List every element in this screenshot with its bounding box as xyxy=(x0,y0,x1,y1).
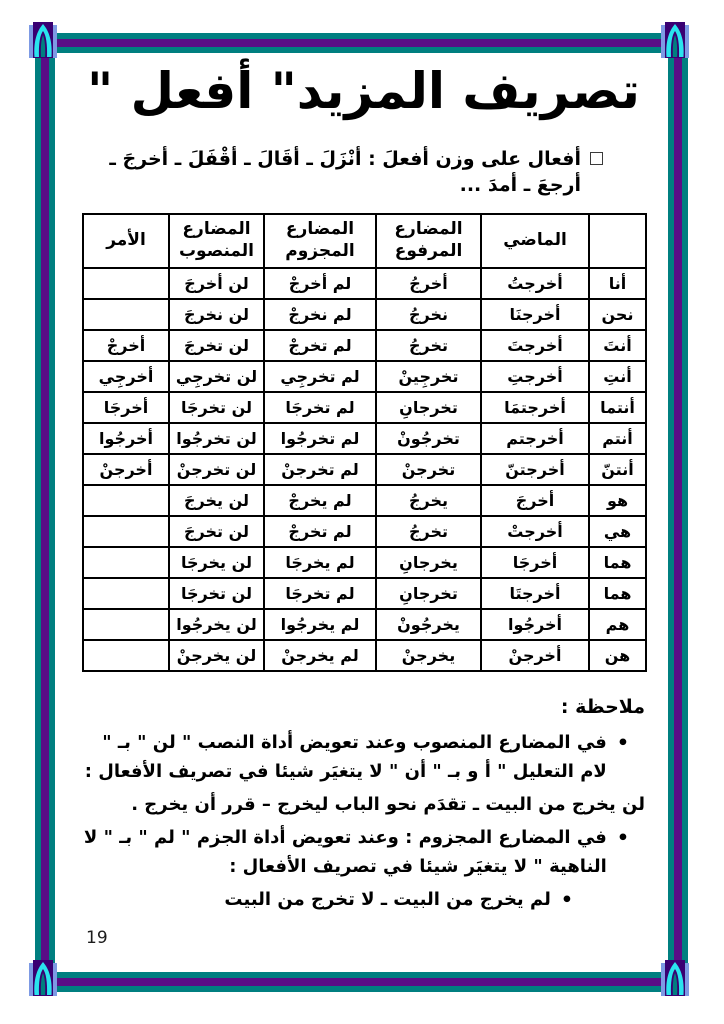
table-row: أنتما أخرجتمَا تخرجانِ لم تخرجَا لن تخرج… xyxy=(83,392,646,423)
table-row: هم أخرجُوا يخرجُونْ لم يخرجُوا لن يخرجُو… xyxy=(83,609,646,640)
note-text: لم يخرج من البيت ـ لا تخرج من البيت xyxy=(224,885,550,914)
cell-pronoun: هما xyxy=(589,578,646,609)
cell-subjunctive: لن نخرجَ xyxy=(169,299,264,330)
page-content: تصريف المزيد" أفعل " أفعال على وزن أفعلَ… xyxy=(82,58,645,920)
cell-pronoun: هو xyxy=(589,485,646,516)
note-text: في المضارع المجزوم : وعند تعويض أداة الج… xyxy=(82,823,607,881)
cell-pronoun: أنتما xyxy=(589,392,646,423)
note-item: • لن يخرج من البيت ـ تقدَم نحو الباب ليخ… xyxy=(82,790,645,819)
cell-pronoun: هم xyxy=(589,609,646,640)
cell-imperative xyxy=(83,299,169,330)
frame-border-top xyxy=(35,33,688,53)
column-header-pronoun xyxy=(589,214,646,268)
cell-imperative xyxy=(83,268,169,299)
cell-subjunctive: لن يخرجنْ xyxy=(169,640,264,671)
cell-imperative: أخرجنْ xyxy=(83,454,169,485)
column-header-imperative: الأمر xyxy=(83,214,169,268)
cell-pronoun: نحن xyxy=(589,299,646,330)
bullet-dot-icon: • xyxy=(617,823,629,854)
column-header-subjunctive: المضارع المنصوب xyxy=(169,214,264,268)
cell-pronoun: هن xyxy=(589,640,646,671)
cell-imperative xyxy=(83,516,169,547)
cell-subjunctive: لن تخرجِي xyxy=(169,361,264,392)
cell-subjunctive: لن يخرجَا xyxy=(169,547,264,578)
cell-imperative: أخرجُوا xyxy=(83,423,169,454)
cell-jussive: لم تخرجَا xyxy=(264,392,376,423)
cell-jussive: لم يخرجْ xyxy=(264,485,376,516)
page-title: تصريف المزيد" أفعل " xyxy=(82,58,645,126)
cell-past: أخرجنْ xyxy=(481,640,589,671)
note-item: • في المضارع المنصوب وعند تعويض أداة الن… xyxy=(82,728,645,786)
cell-indicative: تخرجُ xyxy=(376,516,481,547)
cell-subjunctive: لن يخرجُوا xyxy=(169,609,264,640)
cell-pronoun: أنتم xyxy=(589,423,646,454)
note-item: • لم يخرج من البيت ـ لا تخرج من البيت xyxy=(82,885,645,916)
worksheet-page: تصريف المزيد" أفعل " أفعال على وزن أفعلَ… xyxy=(0,0,724,1024)
bullet-dot-icon: • xyxy=(617,728,629,759)
cell-past: أخرجنَا xyxy=(481,299,589,330)
notes-section: ملاحظة : • في المضارع المنصوب وعند تعويض… xyxy=(82,696,645,917)
cell-past: أخرجَا xyxy=(481,547,589,578)
notes-heading: ملاحظة : xyxy=(82,696,645,718)
cell-pronoun: أنتنّ xyxy=(589,454,646,485)
conjugation-table-header: الماضي المضارع المرفوع المضارع المجزوم ا… xyxy=(83,214,646,268)
table-row: هي أخرجتْ تخرجُ لم تخرجْ لن تخرجَ xyxy=(83,516,646,547)
cell-imperative xyxy=(83,640,169,671)
cell-indicative: يخرجنْ xyxy=(376,640,481,671)
cell-pronoun: هي xyxy=(589,516,646,547)
cell-past: أخرجتْ xyxy=(481,516,589,547)
cell-imperative xyxy=(83,578,169,609)
cell-jussive: لم تخرجْ xyxy=(264,330,376,361)
cell-imperative: أخرجَا xyxy=(83,392,169,423)
cell-jussive: لم تخرجُوا xyxy=(264,423,376,454)
corner-arch-ornament-bottom-right xyxy=(661,960,689,996)
conjugation-table-body: أنا أخرجتُ أخرجُ لم أخرجْ لن أخرجَ نحن أ… xyxy=(83,268,646,671)
column-header-jussive: المضارع المجزوم xyxy=(264,214,376,268)
cell-jussive: لم تخرجِي xyxy=(264,361,376,392)
cell-indicative: يخرجُونْ xyxy=(376,609,481,640)
cell-subjunctive: لن تخرجُوا xyxy=(169,423,264,454)
cell-pronoun: أنا xyxy=(589,268,646,299)
cell-subjunctive: لن تخرجنْ xyxy=(169,454,264,485)
cell-indicative: تخرجُ xyxy=(376,330,481,361)
cell-past: أخرجتمَا xyxy=(481,392,589,423)
column-header-indicative: المضارع المرفوع xyxy=(376,214,481,268)
cell-indicative: يخرجُ xyxy=(376,485,481,516)
cell-past: أخرجتِ xyxy=(481,361,589,392)
cell-past: أخرجُوا xyxy=(481,609,589,640)
cell-past: أخرجتم xyxy=(481,423,589,454)
table-row: أنتم أخرجتم تخرجُونْ لم تخرجُوا لن تخرجُ… xyxy=(83,423,646,454)
cell-jussive: لم أخرجْ xyxy=(264,268,376,299)
page-number: 19 xyxy=(86,928,108,948)
corner-arch-ornament-top-left xyxy=(29,22,57,58)
frame-border-right xyxy=(668,33,688,992)
corner-arch-ornament-bottom-left xyxy=(29,960,57,996)
cell-jussive: لم يخرجُوا xyxy=(264,609,376,640)
table-row: هن أخرجنْ يخرجنْ لم يخرجنْ لن يخرجنْ xyxy=(83,640,646,671)
cell-imperative xyxy=(83,609,169,640)
cell-indicative: تخرجانِ xyxy=(376,578,481,609)
cell-pronoun: أنتِ xyxy=(589,361,646,392)
cell-subjunctive: لن أخرجَ xyxy=(169,268,264,299)
cell-jussive: لم يخرجنْ xyxy=(264,640,376,671)
cell-subjunctive: لن تخرجَ xyxy=(169,516,264,547)
cell-indicative: أخرجُ xyxy=(376,268,481,299)
conjugation-table: الماضي المضارع المرفوع المضارع المجزوم ا… xyxy=(82,213,647,672)
cell-jussive: لم نخرجْ xyxy=(264,299,376,330)
table-row: أنا أخرجتُ أخرجُ لم أخرجْ لن أخرجَ xyxy=(83,268,646,299)
square-bullet-icon xyxy=(590,152,603,165)
frame-border-left xyxy=(35,33,55,992)
note-text: لن يخرج من البيت ـ تقدَم نحو الباب ليخرج… xyxy=(131,790,645,819)
table-row: أنتَ أخرجتَ تخرجُ لم تخرجْ لن تخرجَ أخرج… xyxy=(83,330,646,361)
cell-pronoun: هما xyxy=(589,547,646,578)
notes-list: • في المضارع المنصوب وعند تعويض أداة الن… xyxy=(82,728,645,917)
cell-imperative: أخرجِي xyxy=(83,361,169,392)
cell-past: أخرجتَا xyxy=(481,578,589,609)
cell-subjunctive: لن تخرجَا xyxy=(169,392,264,423)
table-row: نحن أخرجنَا نخرجُ لم نخرجْ لن نخرجَ xyxy=(83,299,646,330)
cell-pronoun: أنتَ xyxy=(589,330,646,361)
header-row: الماضي المضارع المرفوع المضارع المجزوم ا… xyxy=(83,214,646,268)
note-item: • في المضارع المجزوم : وعند تعويض أداة ا… xyxy=(82,823,645,881)
column-header-past: الماضي xyxy=(481,214,589,268)
table-row: أنتِ أخرجتِ تخرجِينْ لم تخرجِي لن تخرجِي… xyxy=(83,361,646,392)
cell-indicative: تخرجُونْ xyxy=(376,423,481,454)
cell-indicative: نخرجُ xyxy=(376,299,481,330)
cell-subjunctive: لن يخرجَ xyxy=(169,485,264,516)
cell-jussive: لم يخرجَا xyxy=(264,547,376,578)
note-text: في المضارع المنصوب وعند تعويض أداة النصب… xyxy=(82,728,607,786)
cell-jussive: لم تخرجْ xyxy=(264,516,376,547)
cell-jussive: لم تخرجَا xyxy=(264,578,376,609)
cell-indicative: تخرجانِ xyxy=(376,392,481,423)
verb-pattern-line: أفعال على وزن أفعلَ : أنْزَلَ ـ أقَالَ ـ… xyxy=(82,146,645,199)
cell-subjunctive: لن تخرجَ xyxy=(169,330,264,361)
cell-imperative: أخرجْ xyxy=(83,330,169,361)
cell-indicative: تخرجنْ xyxy=(376,454,481,485)
table-row: أنتنّ أخرجتنّ تخرجنْ لم تخرجنْ لن تخرجنْ… xyxy=(83,454,646,485)
cell-imperative xyxy=(83,485,169,516)
cell-jussive: لم تخرجنْ xyxy=(264,454,376,485)
cell-subjunctive: لن تخرجَا xyxy=(169,578,264,609)
table-row: هما أخرجَا يخرجانِ لم يخرجَا لن يخرجَا xyxy=(83,547,646,578)
corner-arch-ornament-top-right xyxy=(661,22,689,58)
cell-past: أخرجتنّ xyxy=(481,454,589,485)
bullet-dot-icon: • xyxy=(561,885,573,916)
cell-imperative xyxy=(83,547,169,578)
frame-border-bottom xyxy=(35,972,688,992)
cell-past: أخرجتُ xyxy=(481,268,589,299)
table-row: هو أخرجَ يخرجُ لم يخرجْ لن يخرجَ xyxy=(83,485,646,516)
table-row: هما أخرجتَا تخرجانِ لم تخرجَا لن تخرجَا xyxy=(83,578,646,609)
cell-past: أخرجتَ xyxy=(481,330,589,361)
verb-pattern-text: أفعال على وزن أفعلَ : أنْزَلَ ـ أقَالَ ـ… xyxy=(82,146,581,199)
cell-indicative: يخرجانِ xyxy=(376,547,481,578)
cell-past: أخرجَ xyxy=(481,485,589,516)
cell-indicative: تخرجِينْ xyxy=(376,361,481,392)
